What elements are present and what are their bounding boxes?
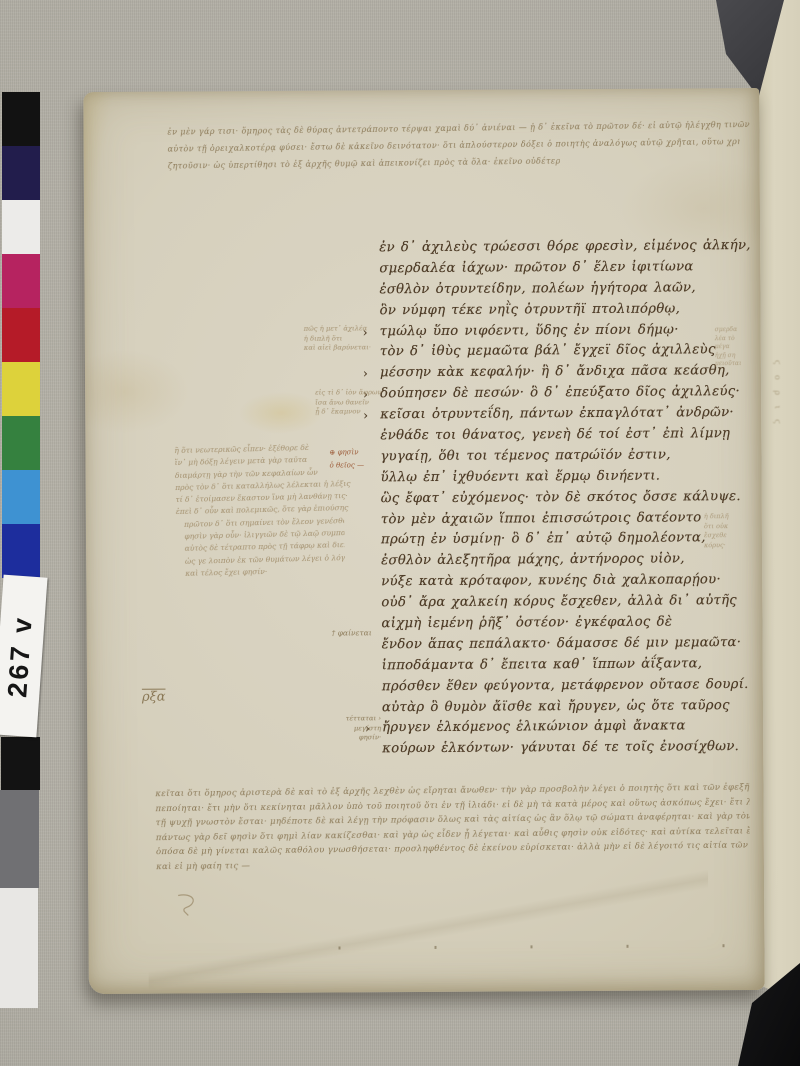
verse-line: ὕλλῳ ἐπ᾽ ἰχθυόεντι καὶ ἕρμῳ δινήεντι. — [381, 468, 749, 491]
verse-line: ἐσθλὸν ἀλεξητῆρα μάχης, ἀντήνορος υἱὸν, — [381, 551, 749, 574]
margin-note: πῶς ἡ μετ᾽ ἀχιλέα ἡ διπλῆ ὅτι καὶ αἰεὶ β… — [304, 324, 371, 353]
verse-line: κούρων ἑλκόντων· γάνυται δέ τε τοῖς ἐνοσ… — [382, 739, 750, 762]
margin-note: † φαίνεται — [332, 628, 372, 638]
manuscript-page: ἐν μὲν γάρ τισι· ὅμηρος τὰς δὲ θύρας ἀντ… — [83, 88, 764, 994]
margin-note: σμερδα λέα τὸ μέγα ἠχῇ ση μειοῦται — [715, 326, 742, 369]
verse-line: ἐσθλὸν ὀτρυντείδην, πολέων ἡγήτορα λαῶν, — [379, 280, 747, 303]
verse-line: ›δούπησεν δὲ πεσών· ὃ δ᾽ ἐπεύξατο δῖος ἀ… — [380, 384, 748, 407]
verse-line: νύξε κατὰ κρόταφον, κυνέης διὰ χαλκοπαρῄ… — [381, 572, 749, 595]
folio-number-text: 267 v — [2, 614, 39, 699]
verse-line: γυγαίῃ, ὅθι τοι τέμενος πατρώϊόν ἐστιν, — [380, 447, 748, 470]
main-text-block: ἐν δ᾽ ἀχιλεὺς τρώεσσι θόρε φρεσὶν, εἱμέν… — [379, 238, 750, 763]
verse-line: ἔνδον ἅπας πεπάλακτο· δάμασσε δέ μιν μεμ… — [382, 635, 750, 658]
verse-line: ›κεῖσαι ὀτρυντεΐδη, πάντων ἐκπαγλότατ᾽ ἀ… — [380, 405, 748, 428]
bottom-scholia-block: κεῖται ὅτι ὅμηρος ἀριστερὰ δὲ καὶ τὸ ἐξ … — [155, 780, 750, 874]
pricking-dots — [338, 944, 758, 950]
grayscale-swatch-black — [1, 737, 40, 790]
left-scholia-block: ἢ ὅτι νεωτερικῶς εἶπεν· ἐξέθορε δὲ ἵν᾽ μ… — [174, 441, 353, 580]
calibration-swatch — [2, 308, 40, 362]
calibration-swatch — [2, 362, 40, 416]
calibration-swatch — [2, 92, 40, 146]
calibration-swatch — [2, 470, 40, 524]
verse-line: ἐν δ᾽ ἀχιλεὺς τρώεσσι θόρε φρεσὶν, εἱμέν… — [379, 238, 747, 261]
verse-line: ›τμώλῳ ὕπο νιφόεντι, ὕδης ἐν πίονι δήμῳ· — [380, 322, 748, 345]
verse-line: ἱπποδάμαντα δ᾽ ἔπειτα καθ᾽ ἵππων ἀΐξαντα… — [382, 656, 750, 679]
top-scholia-block: ἐν μὲν γάρ τισι· ὅμηρος τὰς δὲ θύρας ἀντ… — [167, 116, 750, 175]
calibration-swatch — [2, 146, 40, 200]
verse-line: ὣς ἔφατ᾽ εὐχόμενος· τὸν δὲ σκότος ὄσσε κ… — [381, 489, 749, 512]
verse-line: τὸν δ᾽ ἰθὺς μεμαῶτα βάλ᾽ ἔγχεϊ δῖος ἀχιλ… — [380, 342, 748, 365]
margin-note: εἰς τὶ δ᾽ ἰὸν ἄφρων ἴσα ἄνω θανεῖν ᾗ δ᾽ … — [315, 388, 382, 417]
verse-line: ἐνθάδε τοι θάνατος, γενεὴ δέ τοί ἐστ᾽ ἐπ… — [380, 426, 748, 449]
margin-note: τέτταται › μεγίστη φησίν· — [329, 714, 381, 743]
parchment-crease — [148, 858, 709, 1001]
verse-line: πρόσθεν ἕθεν φεύγοντα, μετάφρενον οὔτασε… — [382, 677, 750, 700]
verse-line: τὸν μὲν ἀχαιῶν ἵπποι ἐπισσώτροις δατέοντ… — [381, 510, 749, 533]
verse-line: αὐτὰρ ὃ θυμὸν ἄϊσθε καὶ ἤρυγεν, ὡς ὅτε τ… — [382, 698, 750, 721]
rust-reference-gloss: ⊕ φησὶν ὁ θεῖος — — [329, 446, 364, 472]
ink-flourish — [174, 891, 204, 917]
verse-line: σμερδαλέα ἰάχων· πρῶτον δ᾽ ἕλεν ἰφιτίωνα — [379, 259, 747, 282]
margin-note: ἡ διπλῆ ὅτι οὐκ ἔσχεθε κόρυς· — [704, 512, 729, 550]
verse-line: ›μέσσην κὰκ κεφαλήν· ἣ δ᾽ ἄνδιχα πᾶσα κε… — [380, 363, 748, 386]
verse-line: οὐδ᾽ ἄρα χαλκείη κόρυς ἔσχεθεν, ἀλλὰ δι᾽… — [381, 593, 749, 616]
calibration-swatch — [2, 524, 40, 578]
verse-line: πρώτῃ ἐν ὑσμίνῃ· ὃ δ᾽ ἐπ᾽ αὐτῷ δημολέοντ… — [381, 530, 749, 553]
diple-mark: › — [363, 367, 368, 381]
calibration-swatch — [2, 254, 40, 308]
manuscript-photo: ϛ ο ρ ι ϛ 267 v ἐν μὲν γάρ τισι· ὅμηρος … — [0, 0, 800, 1066]
calibration-swatch — [2, 200, 40, 254]
calibration-swatch — [2, 416, 40, 470]
verse-line: ὃν νύμφη τέκε νηῒς ὀτρυντῆϊ πτολιπόρθῳ, — [380, 301, 748, 324]
color-calibration-bar — [2, 92, 40, 578]
grayscale-swatch-gray — [0, 790, 39, 888]
margin-number: ρξα — [142, 690, 166, 705]
folio-number-label: 267 v — [0, 575, 48, 738]
facing-page-faint-marks: ϛ ο ρ ι ϛ — [768, 360, 782, 428]
verse-line: ›ἤρυγεν ἑλκόμενος ἑλικώνιον ἀμφὶ ἄνακτα — [382, 718, 750, 741]
verse-line: αἰχμὴ ἱεμένη ῥῆξ᾽ ὀστέον· ἐγκέφαλος δὲ — [381, 614, 749, 637]
grayscale-swatch-white — [0, 888, 38, 1008]
